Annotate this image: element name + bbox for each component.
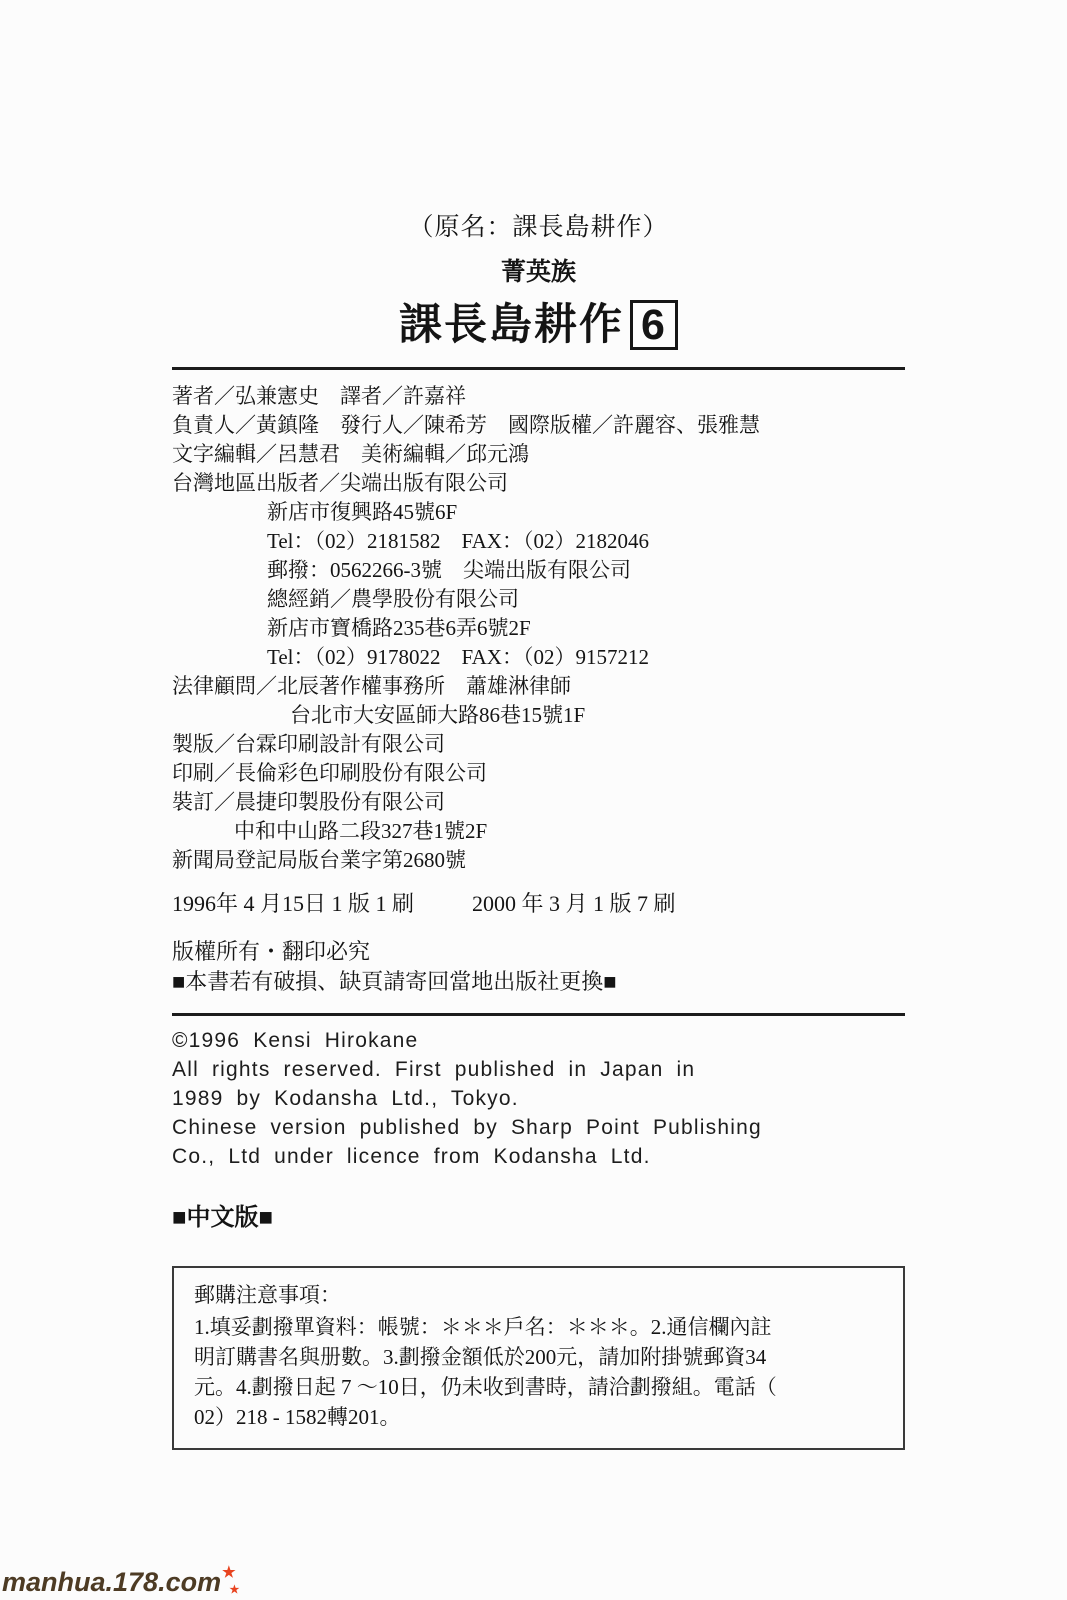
first-printing: 1996年 4 月15日 1 版 1 刷 — [172, 891, 414, 916]
star-icon-small: ★ — [230, 1584, 240, 1596]
colophon-page: （原名：課長島耕作） 菁英族 課長島耕作6 著者／弘兼憲史 譯者／許嘉祥 負責人… — [0, 0, 1067, 1600]
original-title: （原名：課長島耕作） — [172, 207, 905, 243]
mail-order-title: 郵購注意事項： — [194, 1280, 885, 1310]
credit-line: Tel：（02）2181582 FAX：（02）2182046 — [172, 527, 905, 556]
watermark: manhua.178.com★★ — [2, 1563, 239, 1598]
credit-line: 新店市寶橋路235巷6弄6號2F — [172, 614, 905, 643]
credit-line: 總經銷／農學股份有限公司 — [172, 585, 905, 614]
credit-line: 裝訂／晨捷印製股份有限公司 — [172, 788, 905, 817]
english-line: 1989 by Kodansha Ltd., Tokyo. — [172, 1084, 905, 1113]
book-title: 課長島耕作6 — [172, 300, 905, 350]
credit-line: 文字編輯／呂慧君 美術編輯／邱元鴻 — [172, 440, 905, 469]
watermark-text: manhua.178.com — [2, 1567, 221, 1597]
chinese-edition-label: ■中文版■ — [172, 1197, 905, 1232]
damage-notice: ■本書若有破損、缺頁請寄回當地出版社更換■ — [172, 967, 905, 997]
mail-order-line: 02）218 - 1582轉201。 — [194, 1402, 885, 1432]
credit-line: 新店市復興路45號6F — [172, 498, 905, 527]
english-line: All rights reserved. First published in … — [172, 1055, 905, 1084]
mail-order-line: 明訂購書名與册數。3.劃撥金額低於200元，請加附掛號郵資34 — [194, 1342, 885, 1372]
credit-line: 製版／台霖印刷設計有限公司 — [172, 730, 905, 759]
credit-line: 郵撥：0562266-3號 尖端出版有限公司 — [172, 556, 905, 585]
notices-block: 版權所有・翻印必究 ■本書若有破損、缺頁請寄回當地出版社更換■ — [172, 937, 905, 997]
credit-line: 法律顧問／北辰著作權事務所 蕭雄淋律師 — [172, 672, 905, 701]
volume-number: 6 — [630, 300, 678, 350]
section-divider — [172, 1013, 905, 1016]
mail-order-line: 1.填妥劃撥單資料：帳號：＊＊＊戶名：＊＊＊。2.通信欄內註 — [194, 1312, 885, 1342]
credit-line: Tel：（02）9178022 FAX：（02）9157212 — [172, 643, 905, 672]
credit-line: 著者／弘兼憲史 譯者／許嘉祥 — [172, 382, 905, 411]
credit-line: 負責人／黃鎮隆 發行人／陳希芳 國際版權／許麗容、張雅慧 — [172, 411, 905, 440]
english-line: Chinese version published by Sharp Point… — [172, 1113, 905, 1142]
english-line: Co., Ltd under licence from Kodansha Ltd… — [172, 1142, 905, 1171]
credit-line: 新聞局登記局版台業字第2680號 — [172, 846, 905, 875]
english-line: ©1996 Kensi Hirokane — [172, 1026, 905, 1055]
english-copyright-block: ©1996 Kensi Hirokane All rights reserved… — [172, 1026, 905, 1171]
title-divider — [172, 367, 905, 370]
book-title-text: 課長島耕作 — [399, 301, 624, 349]
mail-order-box: 郵購注意事項： 1.填妥劃撥單資料：帳號：＊＊＊戶名：＊＊＊。2.通信欄內註 明… — [172, 1266, 905, 1450]
mail-order-line: 元。4.劃撥日起 7 ～10日，仍未收到書時，請洽劃撥組。電話（ — [194, 1372, 885, 1402]
credit-line: 中和中山路二段327巷1號2F — [172, 817, 905, 846]
credits-block: 著者／弘兼憲史 譯者／許嘉祥 負責人／黃鎮隆 發行人／陳希芳 國際版權／許麗容、… — [172, 382, 905, 875]
credit-line: 印刷／長倫彩色印刷股份有限公司 — [172, 759, 905, 788]
current-printing: 2000 年 3 月 1 版 7 刷 — [472, 891, 676, 916]
edition-line: 1996年 4 月15日 1 版 1 刷2000 年 3 月 1 版 7 刷 — [172, 889, 905, 919]
credit-line: 台灣地區出版者／尖端出版有限公司 — [172, 469, 905, 498]
copyright-notice: 版權所有・翻印必究 — [172, 937, 905, 967]
star-icon: ★ — [222, 1564, 235, 1581]
credit-line: 台北市大安區師大路86巷15號1F — [172, 701, 905, 730]
series-title: 菁英族 — [172, 252, 905, 288]
colophon-content: （原名：課長島耕作） 菁英族 課長島耕作6 著者／弘兼憲史 譯者／許嘉祥 負責人… — [172, 0, 905, 1450]
